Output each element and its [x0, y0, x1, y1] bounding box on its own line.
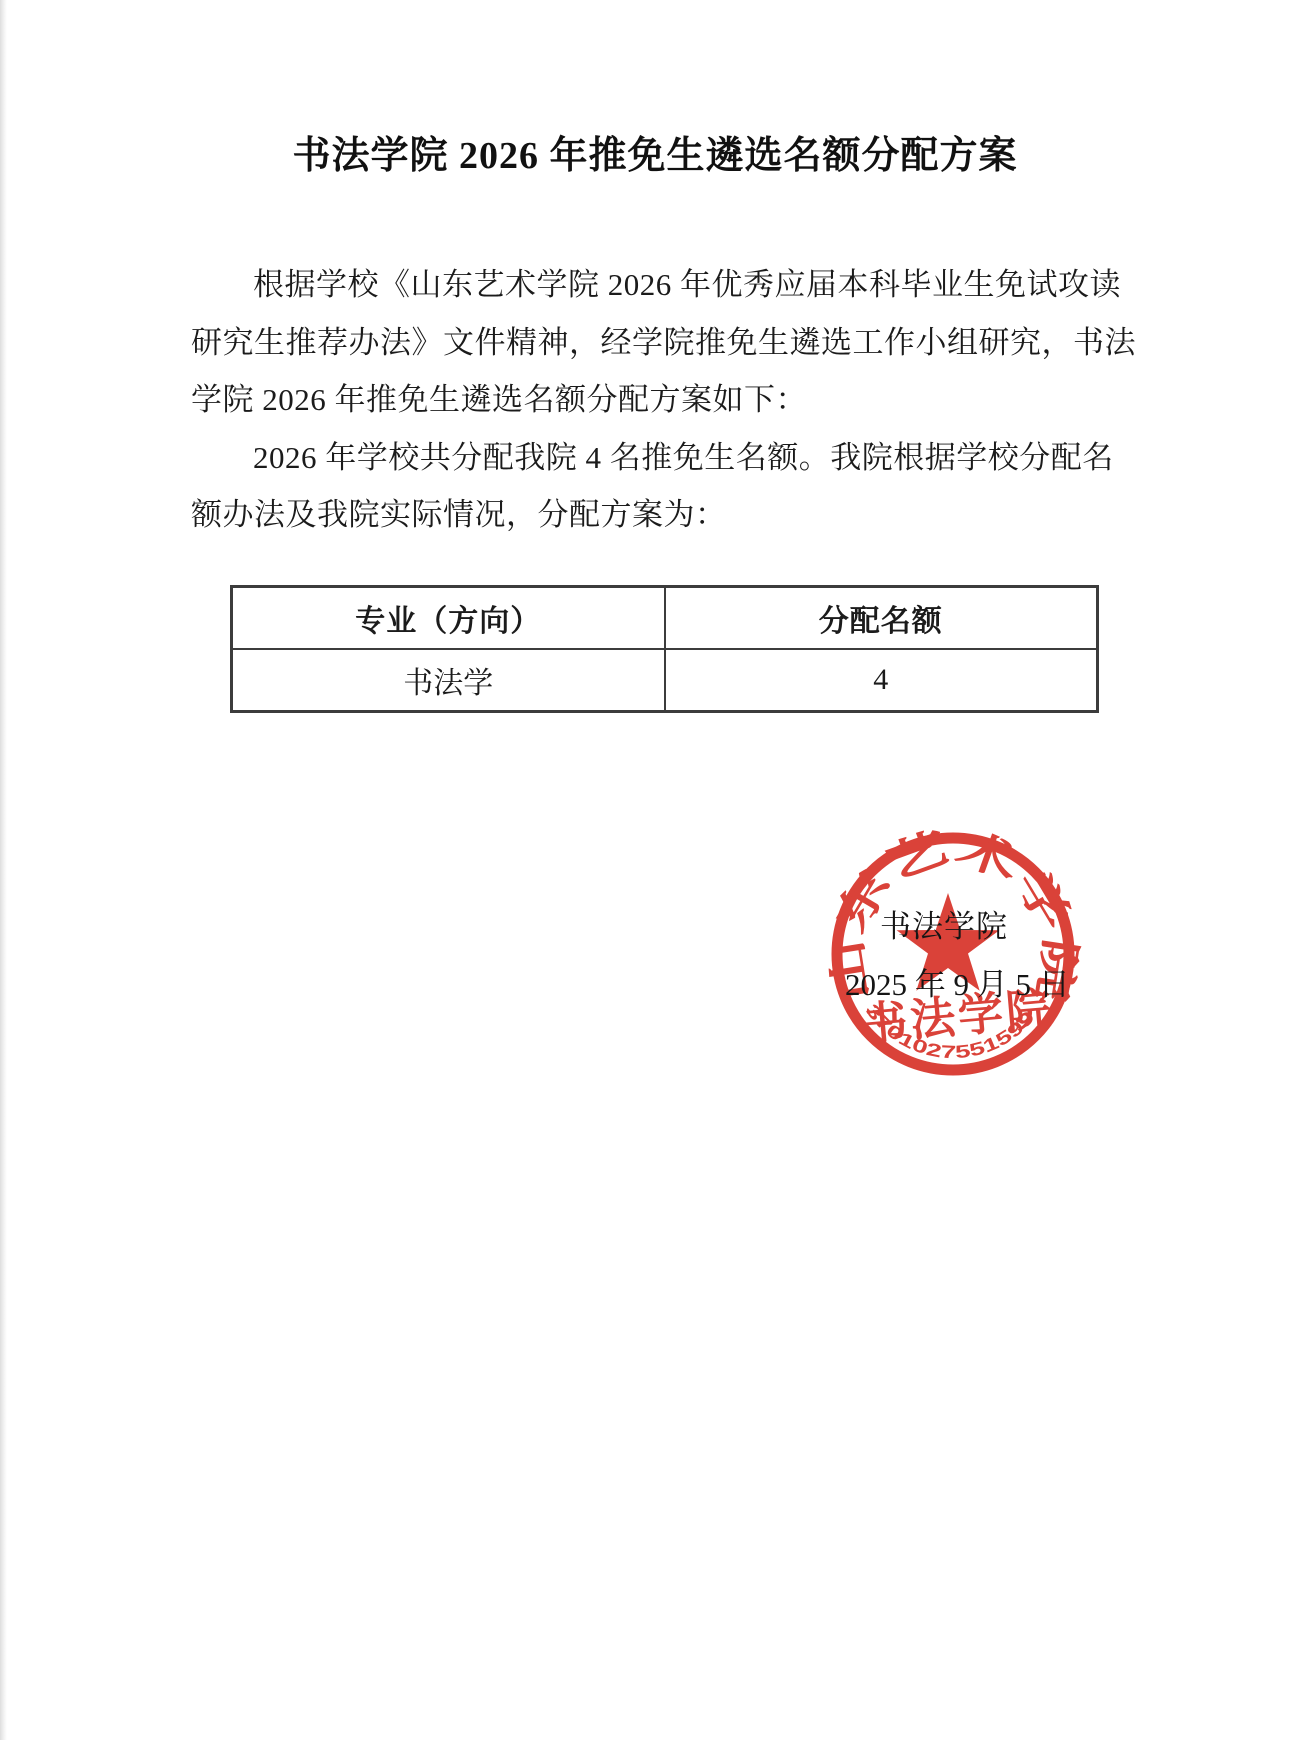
header-major: 专业（方向）	[232, 587, 665, 650]
table-header-row: 专业（方向） 分配名额	[232, 587, 1098, 650]
body-line: 学院 2026 年推免生遴选名额分配方案如下：	[191, 371, 1111, 429]
cell-major: 书法学	[232, 649, 665, 712]
body-paragraphs: 根据学校《山东艺术学院 2026 年优秀应届本科毕业生免试攻读 研究生推荐办法》…	[191, 256, 1111, 544]
cell-quota: 4	[665, 649, 1098, 712]
seal-serial-node: 3701027551599	[862, 1000, 1039, 1062]
signature-date: 2025 年 9 月 5 日	[845, 959, 1070, 1004]
table-row: 书法学 4	[232, 649, 1098, 712]
body-line: 研究生推荐办法》文件精神，经学院推免生遴选工作小组研究，书法	[191, 314, 1111, 372]
body-line: 2026 年学校共分配我院 4 名推免生名额。我院根据学校分配名	[191, 429, 1111, 487]
body-line: 额办法及我院实际情况，分配方案为：	[191, 486, 1111, 544]
signature-name: 书法学院	[880, 901, 1008, 946]
header-quota: 分配名额	[665, 587, 1098, 650]
scan-edge-shadow	[0, 0, 7, 1740]
seal-ring	[837, 838, 1069, 1070]
body-line: 根据学校《山东艺术学院 2026 年优秀应届本科毕业生免试攻读	[191, 256, 1111, 314]
allocation-table: 专业（方向） 分配名额 书法学 4	[230, 585, 1099, 713]
document-page: 书法学院 2026 年推免生遴选名额分配方案 根据学校《山东艺术学院 2026 …	[0, 0, 1290, 1740]
document-title: 书法学院 2026 年推免生遴选名额分配方案	[0, 124, 1290, 179]
seal-serial: 3701027551599	[862, 1000, 1039, 1062]
